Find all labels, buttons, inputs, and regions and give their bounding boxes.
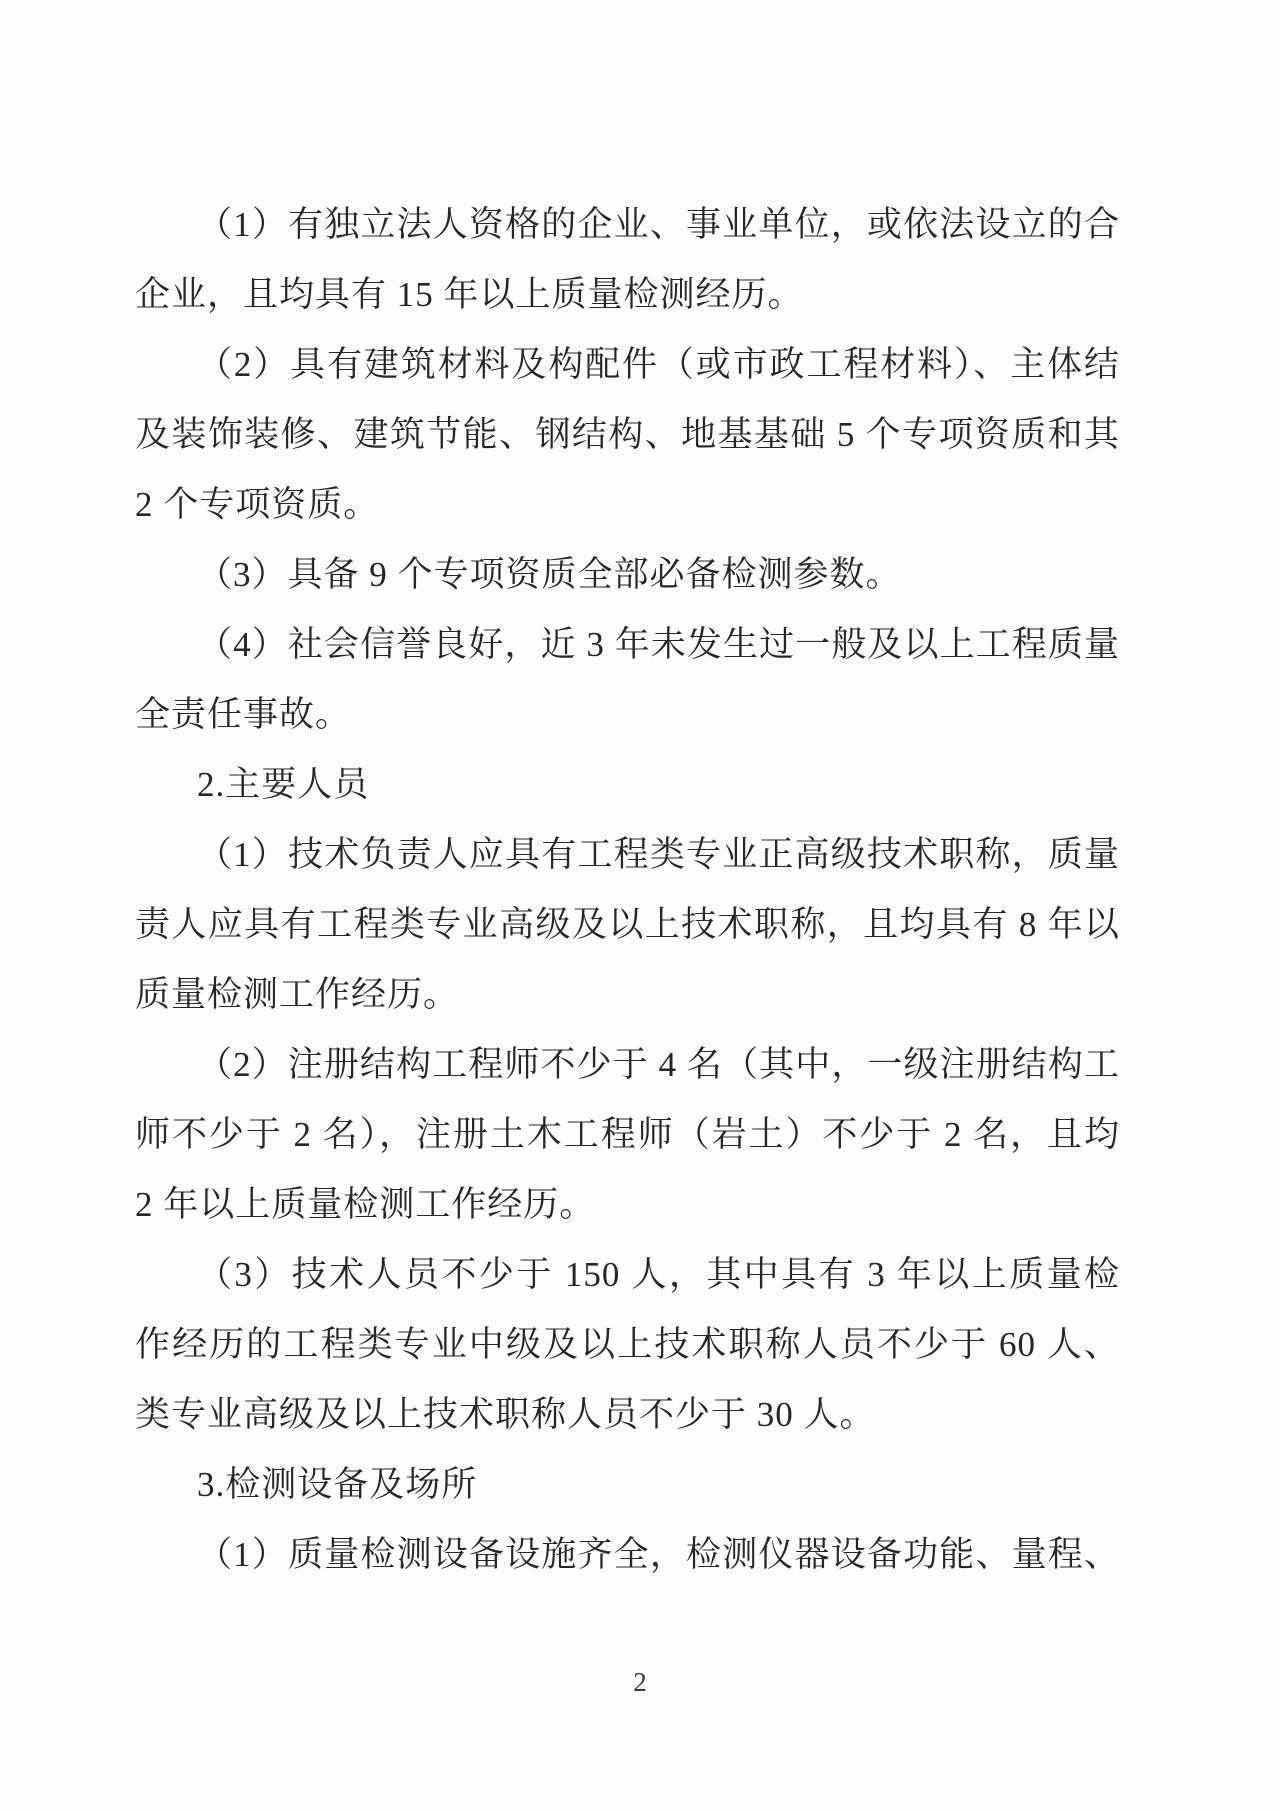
document-body: （1）有独立法人资格的企业、事业单位，或依法设立的合伙 企业，且均具有 15 年… [135,190,1120,1590]
section-heading: 2.主要人员 [135,750,1120,820]
text-line: 全责任事故。 [135,680,1120,750]
text-line: （3）具备 9 个专项资质全部必备检测参数。 [135,540,1120,610]
text-line: 2 年以上质量检测工作经历。 [135,1170,1120,1240]
text-line: （1）技术负责人应具有工程类专业正高级技术职称，质量负 [135,820,1120,890]
text-line: （2）具有建筑材料及构配件（或市政工程材料）、主体结构 [135,330,1120,400]
text-line: （4）社会信誉良好，近 3 年未发生过一般及以上工程质量安 [135,610,1120,680]
text-line: （1）质量检测设备设施齐全，检测仪器设备功能、量程、精 [135,1520,1120,1590]
text-line: 及装饰装修、建筑节能、钢结构、地基基础 5 个专项资质和其它 [135,400,1120,470]
text-line: 责人应具有工程类专业高级及以上技术职称，且均具有 8 年以上 [135,890,1120,960]
text-line: 2 个专项资质。 [135,470,1120,540]
page-number: 2 [0,1662,1280,1702]
section-heading: 3.检测设备及场所 [135,1450,1120,1520]
document-page: （1）有独立法人资格的企业、事业单位，或依法设立的合伙 企业，且均具有 15 年… [0,0,1280,1810]
text-line: 质量检测工作经历。 [135,960,1120,1030]
text-line: （1）有独立法人资格的企业、事业单位，或依法设立的合伙 [135,190,1120,260]
text-line: （3）技术人员不少于 150 人，其中具有 3 年以上质量检测工 [135,1240,1120,1310]
text-line: 作经历的工程类专业中级及以上技术职称人员不少于 60 人、工程 [135,1310,1120,1380]
text-line: 类专业高级及以上技术职称人员不少于 30 人。 [135,1380,1120,1450]
text-line: （2）注册结构工程师不少于 4 名（其中，一级注册结构工程 [135,1030,1120,1100]
text-line: 师不少于 2 名），注册土木工程师（岩土）不少于 2 名，且均具有 [135,1100,1120,1170]
text-line: 企业，且均具有 15 年以上质量检测经历。 [135,260,1120,330]
